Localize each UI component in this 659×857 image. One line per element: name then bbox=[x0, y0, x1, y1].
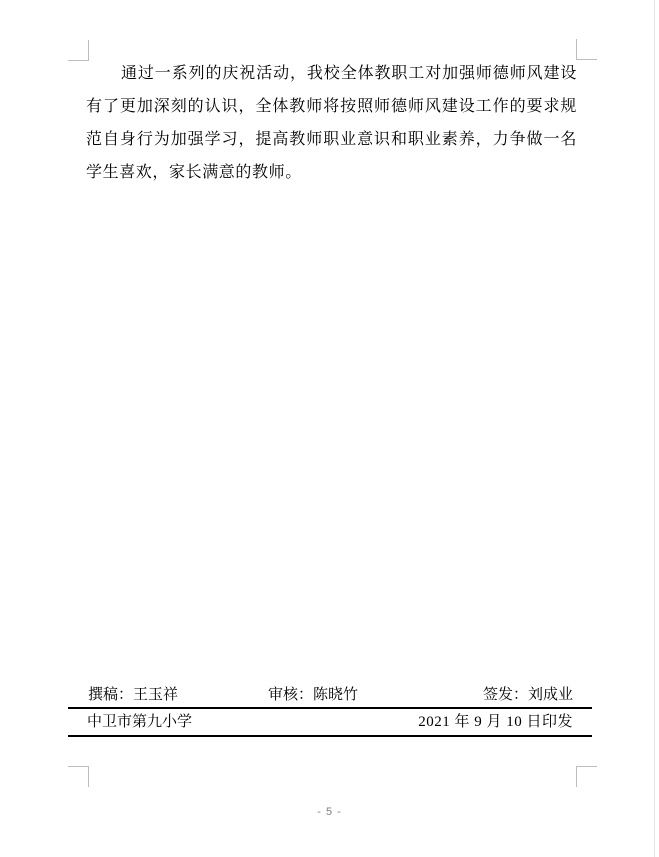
issuer-field: 签发：刘成业 bbox=[483, 683, 573, 704]
crop-mark-bottom-right bbox=[576, 766, 597, 787]
drafter-field: 撰稿：王玉祥 bbox=[88, 683, 178, 704]
document-footer-block: 撰稿：王玉祥 审核：陈晓竹 签发：刘成业 中卫市第九小学 2021 年 9 月 … bbox=[68, 686, 592, 737]
page-number: - 5 - bbox=[0, 806, 659, 818]
organization-name: 中卫市第九小学 bbox=[87, 710, 192, 731]
document-page: 通过一系列的庆祝活动，我校全体教职工对加强师德师风建设有了更加深刻的认识，全体教… bbox=[0, 0, 659, 857]
body-paragraph: 通过一系列的庆祝活动，我校全体教职工对加强师德师风建设有了更加深刻的认识，全体教… bbox=[86, 57, 577, 189]
footer-issuing-row: 中卫市第九小学 2021 年 9 月 10 日印发 bbox=[68, 709, 592, 737]
print-date: 2021 年 9 月 10 日印发 bbox=[418, 710, 573, 731]
crop-mark-bottom-left bbox=[68, 766, 89, 787]
crop-mark-top-right bbox=[576, 39, 597, 60]
page-right-edge-line bbox=[654, 0, 655, 857]
footer-signatures-row: 撰稿：王玉祥 审核：陈晓竹 签发：刘成业 bbox=[68, 686, 592, 709]
reviewer-field: 审核：陈晓竹 bbox=[268, 683, 358, 704]
